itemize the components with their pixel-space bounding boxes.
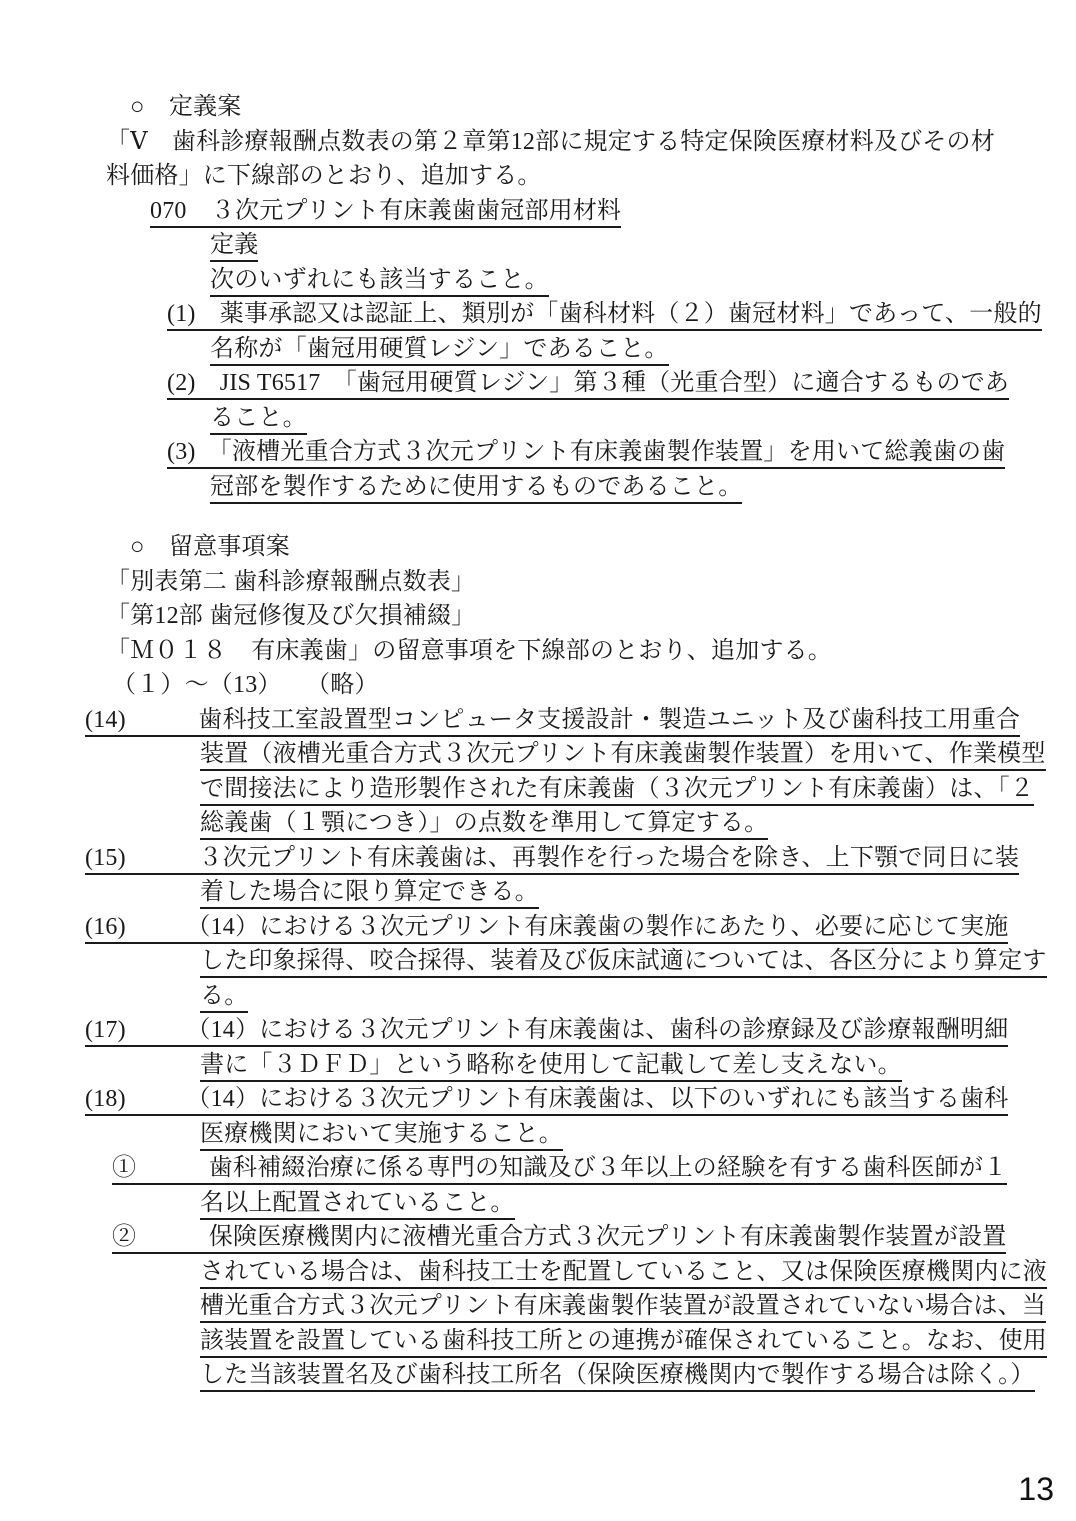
requirement-2-line-2: されている場合は、歯科技工士を配置していること、又は保険医療機関内に液 bbox=[0, 1255, 1076, 1290]
note-18-line-1: (18) （14）における３次元プリント有床義歯は、以下のいずれにも該当する歯科 bbox=[0, 1082, 1076, 1117]
criterion-2-line-1: (2) JIS T6517 「歯冠用硬質レジン」第３種（光重合型）に適合するもの… bbox=[0, 366, 1076, 401]
definition-intro-line-1: 「Ⅴ 歯科診療報酬点数表の第２章第12部に規定する特定保険医療材料及びその材 bbox=[0, 125, 1076, 160]
page-number: 13 bbox=[1018, 1473, 1054, 1505]
document-body: ○ 定義案 「Ⅴ 歯科診療報酬点数表の第２章第12部に規定する特定保険医療材料及… bbox=[0, 0, 1076, 1393]
note-14-line-3: で間接法により造形製作された有床義歯（３次元プリント有床義歯）は、「２ bbox=[0, 772, 1076, 807]
note-16-line-3: る。 bbox=[0, 979, 1076, 1014]
criterion-2-line-2: ること。 bbox=[0, 401, 1076, 436]
requirement-2-line-1: ② 保険医療機関内に液槽光重合方式３次元プリント有床義歯製作装置が設置 bbox=[0, 1220, 1076, 1255]
notes-item-reference: 「Ｍ０１８ 有床義歯」の留意事項を下線部のとおり、追加する。 bbox=[0, 634, 1076, 669]
note-15-line-1: (15) ３次元プリント有床義歯は、再製作を行った場合を除き、上下顎で同日に装 bbox=[0, 841, 1076, 876]
note-14-line-2: 装置（液槽光重合方式３次元プリント有床義歯製作装置）を用いて、作業模型 bbox=[0, 737, 1076, 772]
definition-intro-line-2: 料価格」に下線部のとおり、追加する。 bbox=[0, 159, 1076, 194]
note-14-line-1: (14) 歯科技工室設置型コンピュータ支援設計・製造ユニット及び歯科技工用重合 bbox=[0, 703, 1076, 738]
criterion-1-line-2: 名称が「歯冠用硬質レジン」であること。 bbox=[0, 332, 1076, 367]
requirement-2-line-5: した当該装置名及び歯科技工所名（保険医療機関内で製作する場合は除く。） bbox=[0, 1358, 1076, 1393]
definition-label: 定義 bbox=[0, 228, 1076, 263]
section-gap bbox=[0, 504, 1076, 530]
note-16-line-2: した印象採得、咬合採得、装着及び仮床試適については、各区分により算定す bbox=[0, 944, 1076, 979]
notes-table-reference: 「別表第二 歯科診療報酬点数表」 bbox=[0, 565, 1076, 600]
note-14-line-4: 総義歯（１顎につき）」の点数を準用して算定する。 bbox=[0, 806, 1076, 841]
notes-omitted-items: （１）～（13） （略） bbox=[0, 668, 1076, 703]
note-18-line-2: 医療機関において実施すること。 bbox=[0, 1117, 1076, 1152]
note-17-line-1: (17) （14）における３次元プリント有床義歯は、歯科の診療録及び診療報酬明細 bbox=[0, 1013, 1076, 1048]
definition-intro-sentence: 次のいずれにも該当すること。 bbox=[0, 263, 1076, 298]
requirement-2-line-3: 槽光重合方式３次元プリント有床義歯製作装置が設置されていない場合は、当 bbox=[0, 1289, 1076, 1324]
requirement-1-line-1: ① 歯科補綴治療に係る専門の知識及び３年以上の経験を有する歯科医師が１ bbox=[0, 1151, 1076, 1186]
notes-part-reference: 「第12部 歯冠修復及び欠損補綴」 bbox=[0, 599, 1076, 634]
criterion-1-line-1: (1) 薬事承認又は認証上、類別が「歯科材料（２）歯冠材料」であって、一般的 bbox=[0, 297, 1076, 332]
requirement-1-line-2: 名以上配置されていること。 bbox=[0, 1186, 1076, 1221]
criterion-3-line-2: 冠部を製作するために使用するものであること。 bbox=[0, 470, 1076, 505]
note-17-line-2: 書に「３ＤＦＤ」という略称を使用して記載して差し支えない。 bbox=[0, 1048, 1076, 1083]
notes-section-heading: ○ 留意事項案 bbox=[0, 530, 1076, 565]
document-page: ○ 定義案 「Ⅴ 歯科診療報酬点数表の第２章第12部に規定する特定保険医療材料及… bbox=[0, 0, 1076, 1521]
note-16-line-1: (16) （14）における３次元プリント有床義歯の製作にあたり、必要に応じて実施 bbox=[0, 910, 1076, 945]
criterion-3-line-1: (3) 「液槽光重合方式３次元プリント有床義歯製作装置」を用いて総義歯の歯 bbox=[0, 435, 1076, 470]
material-code-title: 070 ３次元プリント有床義歯歯冠部用材料 bbox=[0, 194, 1076, 229]
requirement-2-line-4: 該装置を設置している歯科技工所との連携が確保されていること。なお、使用 bbox=[0, 1324, 1076, 1359]
definition-section-heading: ○ 定義案 bbox=[0, 90, 1076, 125]
note-15-line-2: 着した場合に限り算定できる。 bbox=[0, 875, 1076, 910]
